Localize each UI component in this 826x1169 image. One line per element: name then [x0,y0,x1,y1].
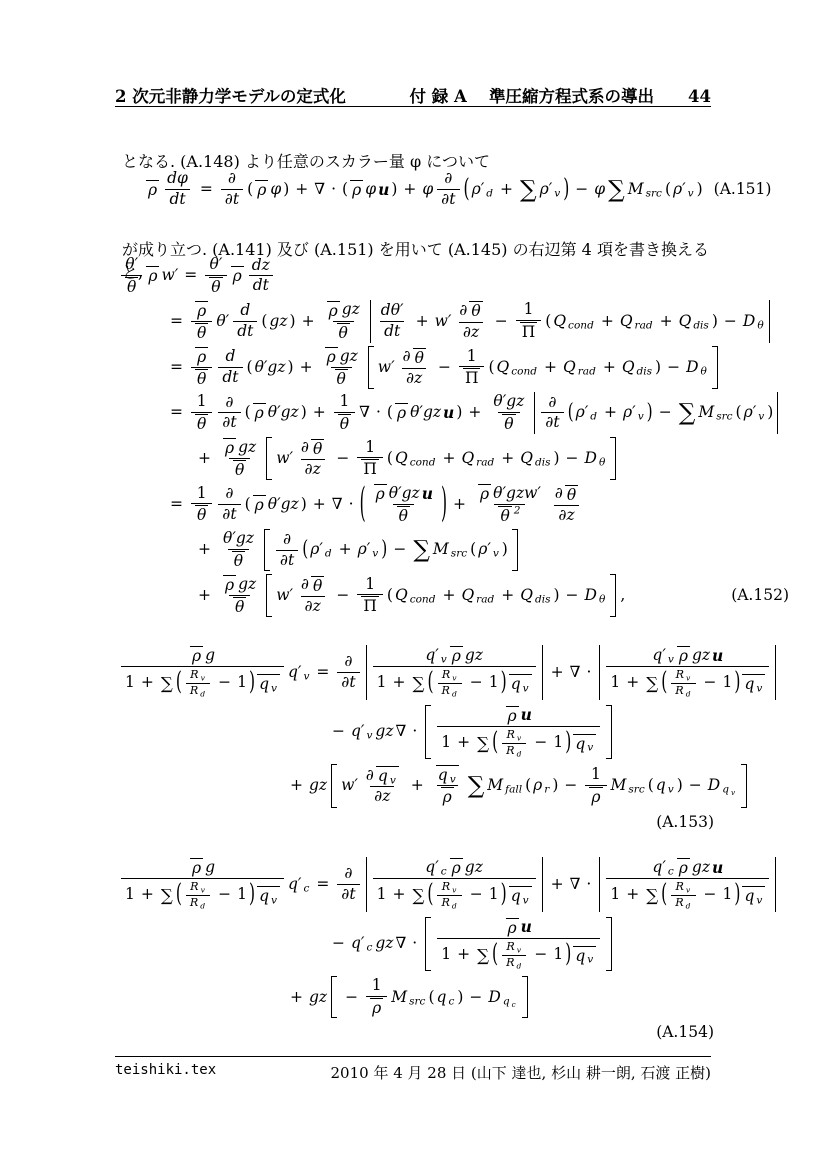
math-var: v [452,887,456,896]
math-var: w′ [341,776,358,795]
math-var: q [575,948,585,965]
denominator: θ [331,367,352,389]
sum-symbol: ∑ [679,401,696,424]
math-var: d [200,690,205,699]
denominator: ∂t [541,412,563,433]
math-operator: + [290,776,303,795]
sum-symbol: ∑ [161,675,173,692]
math-var: c [512,1001,516,1010]
fraction: RvRd [671,668,695,699]
overline-group: ρ [370,998,383,1017]
subscript: r [543,784,550,797]
math-operator: + [442,449,455,468]
stretchy-bracket [266,574,272,617]
math-var: θ′gzw′ [493,485,541,503]
sum-symbol: ∑ [412,887,424,904]
math-var: ∂ [403,348,411,366]
math-var: src [628,784,644,797]
math-var: R [190,881,198,894]
equation-line: +θ′gzθ∂∂t(ρ′d+ρ′v)−∑Msrc(ρ′v) [115,529,789,571]
math-operator: − [575,180,588,199]
denominator: ∂z [301,459,325,480]
subscript: v [757,411,765,424]
fraction: ∂∂t [337,652,359,693]
math-var: ρ′ [623,403,636,422]
overline-group: ρ [195,301,208,320]
math-var: dt [384,323,400,341]
math-var: ρ′ [472,180,485,199]
numerator: q′cρgz [421,857,487,878]
math-var: φ [365,180,376,199]
math-symbol: ( [488,358,494,377]
math-var: v [271,895,277,907]
subscript: v [451,675,457,684]
math-var: ∂ [225,394,233,412]
overline-group: ρ [350,180,363,199]
subscript: d [199,690,206,699]
math-var: ρ′ [744,403,757,422]
subscript: c [511,1001,517,1010]
math-var: v [688,187,694,200]
overline-group: ρ [441,787,454,806]
document-page: 2 次元非静力学モデルの定式化 付 録 A 準圧縮方程式系の導出 44 となる.… [0,0,826,1169]
math-operator: = [170,495,183,514]
stretchy-bracket [264,529,270,571]
subscript: v [371,548,379,561]
math-var: v [731,789,735,798]
subscript: v [270,895,278,907]
math-var: 2 [514,504,521,516]
subscript: c [440,866,448,878]
denominator: dt [380,321,404,342]
equation-line: −q′vgz∇·ρu1+∑(RvRd−1)qv [115,705,826,760]
math-symbol: ( [470,540,476,559]
stretchy-paren: ( [661,881,667,910]
denominator: ∂t [221,189,243,210]
math-group: (Qcond+Qrad+Qdis) [386,586,561,605]
subscript: d [589,411,598,424]
math-symbol: ) [767,403,773,422]
denominator: Rd [671,895,695,911]
fraction: RvRd [438,668,462,699]
header-section-title: 2 次元非静力学モデルの定式化 [115,83,346,107]
overline-group: θ [195,414,208,433]
math-operator: + [453,495,466,514]
subscript: v [516,734,522,743]
fraction: ∂∂t [218,484,240,525]
math-var: ∂ [228,170,236,188]
equation-line: =ρθddt(θ′gz)+ρgzθw′∂θ∂z−1Π(Qcond+Qrad+Qd… [115,346,761,389]
math-var: Q [395,449,408,468]
math-var: Q [553,312,566,331]
math-operator: + [468,403,481,422]
math-var: src [716,411,732,424]
equation-line: ρdφdt=∂∂t(ρφ)+∇·(ρφu)+φ∂∂t(ρ′d+∑ρ′v)−φ∑M… [115,169,741,210]
denominator: θ [334,412,355,434]
math-vector: u [422,485,433,503]
math-var: gz [375,934,393,953]
math-var: v [517,734,521,743]
math-var: ∂ [225,485,233,503]
fraction: ∂∂t [337,864,359,905]
math-var: cond [410,594,436,607]
sum-symbol: ∑ [161,887,173,904]
math-operator: − [470,886,483,904]
math-group: 1+∑(RvRd−1)qv [440,940,597,971]
math-var: φ [422,180,433,199]
fraction: ρθ [191,300,212,343]
math-var: R [676,669,684,682]
math-var: θ′ [210,256,223,274]
math-var: ρ [225,440,234,457]
math-var: gz [309,776,327,795]
numerator: ∂ [221,393,237,413]
numerator: d [221,347,239,367]
overline-group: θ [311,439,324,458]
math-symbol: Π [522,324,536,341]
overline-group: ρ [506,706,519,725]
math-symbol: 1 [365,576,375,594]
denominator: dt [218,367,242,388]
math-var: gz [692,859,710,877]
numerator: ρθ′gzu [370,483,437,504]
numerator: ∂θ [297,438,328,459]
subscript: cond [409,457,437,470]
header-rule [115,106,711,107]
fraction: ρθ′gzw′θ2 [474,483,545,526]
subscript: dis [534,457,552,470]
denominator: θ [121,275,142,297]
stretchy-bracket [769,300,770,343]
math-group: w′∂θ∂z−1Π(Qcond+Qrad+Qdis)−Dθ [434,300,766,342]
subscript: v [200,887,206,896]
math-var: dis [637,366,653,379]
math-operator: − [218,674,231,692]
math-symbol: 1 [125,674,135,692]
math-symbol: ) [552,776,558,795]
subscript: v [302,671,310,684]
numerator: Rv [502,940,526,955]
denominator: 1+∑(RvRd−1)qv [121,878,284,912]
math-var: q [378,768,388,785]
denominator: ∂t [218,412,240,433]
stretchy-bracket [425,705,431,760]
math-var: θ [701,366,707,379]
stretchy-paren: ( [176,669,182,698]
math-var: θ [471,303,480,320]
stretchy-paren: ) [249,669,255,698]
fraction: ∂θ∂z [551,484,582,526]
math-operator: + [551,875,564,894]
fraction: θ′gzθ [219,529,258,571]
math-var: d [225,348,235,366]
math-operator: + [601,312,614,331]
stretchy-bracket [775,857,776,912]
math-var: c [448,995,454,1008]
subscript: dis [692,320,710,333]
math-var: Q [622,358,635,377]
stretchy-paren: ( [360,479,366,529]
math-var: ∂ [548,394,556,412]
stretchy-paren: ) [501,881,507,910]
math-operator: + [393,674,406,692]
stretchy-paren: ) [381,536,387,563]
fraction: dzdt [248,256,274,297]
stretchy-paren: ( [427,669,433,698]
math-operator: = [170,312,183,331]
math-symbol: 1 [489,886,499,904]
equation-line: ρg1+∑(RvRd−1)qvq′c=∂∂tq′cρgz1+∑(RvRd−1)q… [115,857,714,912]
stretchy-paren: ) [249,881,255,910]
subscript: rad [475,457,495,470]
denominator: θ2 [494,504,524,526]
equation-line: (A.154) [115,1023,714,1042]
stretchy-bracket [599,857,600,912]
fraction: RvRd [437,880,461,911]
numerator: Rv [438,668,462,683]
math-group: (Qcond+Qrad+Qdis) [544,312,719,331]
math-var: ρ [197,349,206,366]
math-var: θ′gz [255,358,286,377]
math-operator: + [295,180,308,199]
numerator: ∂ [221,484,237,504]
subscript: src [408,995,426,1008]
math-operator: = [184,266,197,285]
math-var: M [391,988,407,1007]
math-var: ρ [233,268,242,285]
math-var: v [587,743,593,755]
math-var: ρ [508,708,517,725]
math-var: v [523,683,529,695]
math-var: ρ′ [358,540,371,559]
math-operator: = [170,358,183,377]
math-symbol: ∇ [314,180,325,199]
subscript: d [516,962,523,971]
equation-number: (A.154) [646,1023,714,1042]
numerator: 1 [361,438,379,458]
denominator: ∂t [337,672,359,693]
subscript: c [667,866,675,878]
math-operator: + [141,674,154,692]
math-operator: + [339,540,352,559]
math-var: ∂t [222,506,236,524]
math-var: θ [127,279,136,296]
subscript: v [449,775,457,787]
subscript: v [522,683,530,695]
math-symbol: ∇ [570,663,581,682]
numerator: ρg [186,645,219,666]
fraction: q′cρgz1+∑(RvRd−1)qv [373,857,536,912]
fraction: ∂θ∂z [297,438,328,480]
stretchy-paren: ) [565,729,571,758]
fraction: 1θ [191,392,212,434]
overline-group: ρ [589,787,602,806]
overline-group: ρ [223,438,236,457]
overline-group: ρ [231,266,244,285]
math-var: q′ [652,647,665,665]
math-operator: + [198,449,211,468]
math-var: ρ [679,860,688,877]
stretchy-paren: ( [464,174,470,205]
math-var: Q [520,449,533,468]
overline-group: θ [397,506,410,525]
subscript: d [485,187,494,200]
fraction: θ′θ [205,255,226,297]
math-operator: · [349,495,354,514]
overline-group: θ [209,277,222,296]
math-var: q [656,776,666,795]
math-group: w′∂θ∂z−1Π(Qcond+Qrad+Qdis)−Dθ [275,575,607,617]
overline-group: ρ [146,180,159,199]
math-var: θ [599,457,605,470]
stretchy-bracket [425,917,431,972]
numerator: dz [248,256,274,276]
stretchy-bracket [741,764,747,807]
math-symbol: ) [283,180,289,199]
stretchy-bracket [542,857,543,912]
math-var: R [675,897,683,910]
math-var: dφ [167,170,188,188]
math-var: ∂z [463,324,479,342]
math-var: gz [309,988,327,1007]
math-operator: · [412,934,417,953]
math-var: R [675,685,683,698]
math-var: d [240,302,250,320]
numerator: q′vρgz [421,645,487,666]
math-var: θ′gz [223,530,254,548]
stretchy-bracket [542,645,543,700]
subscript: v [270,683,278,695]
math-symbol: ) [391,180,397,199]
math-var: v [201,675,205,684]
overline-group: Π [520,322,538,341]
denominator: ρ [437,785,458,807]
math-var: w′ [161,266,178,285]
numerator: ρg [186,857,219,878]
math-var: ρ′ [478,540,491,559]
denominator: Rd [502,955,526,971]
numerator: 1 [193,484,211,504]
subscript: rad [475,594,495,607]
subscript: d [324,548,333,561]
math-operator: = [170,403,183,422]
math-var: ∂ [366,767,374,785]
math-var: v [756,895,762,907]
math-var: θ′gz [268,403,299,422]
sum-symbol: ∑ [477,947,489,964]
math-var: ρ [443,789,452,806]
math-var: ∂t [545,414,559,432]
overline-group: θ [413,348,426,367]
math-var: φ [270,180,281,199]
fraction: 1θ [191,484,212,526]
subscript: rad [634,320,654,333]
fraction: dφdt [163,169,192,210]
math-var: g [205,859,215,877]
math-group: 1+∑(RvRd−1)qv [609,880,766,911]
subscript: dis [534,594,552,607]
math-var: src [409,995,425,1008]
math-var: ρ [508,920,517,937]
math-var: d [517,750,522,759]
math-var: gz [692,647,710,665]
subscript: v [637,411,645,424]
sum-symbol: ∑ [520,178,537,201]
math-symbol: ( [245,495,251,514]
math-var: θ [235,599,244,616]
math-var: ρ [679,648,688,665]
equation-line: +gzw′∂qv∂z+qvρ∑Mfall(ρr)−1ρMsrc(qv)−Dqv [115,764,826,807]
math-symbol: 1 [591,766,601,784]
fraction: q′vρgzu1+∑(RvRd−1)qv [606,645,769,700]
math-var: Q [563,358,576,377]
math-var: q [437,988,447,1007]
math-var: v [450,775,456,787]
math-var: gz [375,722,393,741]
fraction: ρθ′gzuθ [370,483,437,526]
math-var: R [442,685,450,698]
math-symbol: , [620,586,625,605]
math-operator: + [416,312,429,331]
math-symbol: Π [363,461,377,478]
stretchy-bracket [610,574,616,617]
math-var: D [708,776,720,795]
page-number: 44 [688,87,711,106]
math-group: 1+∑(RvRd−1)qv [376,880,533,911]
math-var: dz [252,257,270,275]
denominator: 1+∑(RvRd−1)qv [373,666,536,700]
math-var: src [646,187,662,200]
math-operator: · [586,875,591,894]
stretchy-paren: ) [647,399,653,426]
math-vector: u [378,180,389,199]
math-var: dis [693,320,709,333]
numerator: ∂ [224,169,240,189]
denominator: 1+∑(RvRd−1)qv [437,938,600,972]
math-operator: + [626,674,639,692]
math-var: q′ [351,722,364,741]
math-var: q [259,676,269,693]
overline-group: θ [469,301,482,320]
math-symbol: ( [247,180,253,199]
numerator: 1 [520,300,538,320]
math-var: θ [340,416,349,433]
math-var: ∂t [222,414,236,432]
math-var: R [506,729,514,742]
math-operator: + [442,586,455,605]
equation-line: −q′cgz∇·ρu1+∑(RvRd−1)qv [115,917,826,972]
fraction: dθ′dt [377,301,408,342]
overline-group: θ [502,414,515,433]
denominator: θ [498,412,519,434]
math-var: R [441,897,449,910]
fraction: θ′gzθ [489,392,528,434]
math-var: θ′gz [389,485,420,503]
overline-group: ρ [255,180,268,199]
math-var: θ [197,507,206,524]
equation-a154: ρg1+∑(RvRd−1)qvq′c=∂∂tq′cρgz1+∑(RvRd−1)q… [115,852,711,1048]
math-vector: u [712,859,723,877]
math-var: v [452,675,456,684]
math-var: c [441,866,447,878]
math-operator: − [704,674,717,692]
math-operator: − [566,449,579,468]
denominator: ∂t [337,884,359,905]
numerator: 1 [587,765,605,785]
math-var: ∂ [345,653,353,671]
math-var: Q [520,586,533,605]
overline-group: θ [337,323,350,342]
